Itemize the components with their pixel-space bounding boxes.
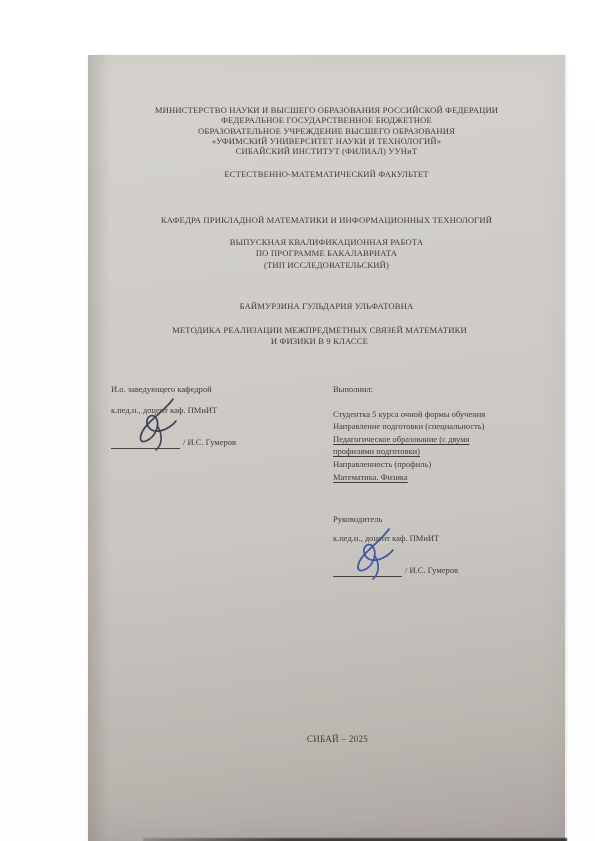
- thesis-title-line-2: И ФИЗИКИ В 9 КЛАССЕ: [74, 336, 565, 347]
- supervisor-signature-row: / И.С. Гумеров: [333, 564, 548, 577]
- page-content: МИНИСТЕРСТВО НАУКИ И ВЫСШЕГО ОБРАЗОВАНИЯ…: [88, 55, 565, 841]
- performer-block: Выполнил: Студентка 5 курса очной формы …: [333, 383, 548, 483]
- supervisor-block: Руководитель к.пед.н., доцент каф. ПМиИТ…: [333, 513, 548, 577]
- work-type-block: ВЫПУСКНАЯ КВАЛИФИКАЦИОННАЯ РАБОТА ПО ПРО…: [88, 237, 565, 271]
- institute-name: СИБАЙСКИЙ ИНСТИТУТ (ФИЛИАЛ) УУНиТ: [88, 146, 565, 156]
- approval-signer-name: / И.С. Гумеров: [183, 436, 236, 449]
- ministry-header: МИНИСТЕРСТВО НАУКИ И ВЫСШЕГО ОБРАЗОВАНИЯ…: [88, 105, 565, 156]
- approval-degree: к.пед.н., доцент каф. ПМиИТ: [111, 404, 316, 417]
- institution-line-1: ФЕДЕРАЛЬНОЕ ГОСУДАРСТВЕННОЕ БЮДЖЕТНОЕ: [88, 115, 565, 125]
- supervisor-label: Руководитель: [333, 513, 548, 526]
- performer-direction-label: Направление подготовки (специальность): [333, 420, 548, 433]
- university-name: «УФИМСКИЙ УНИВЕРСИТЕТ НАУКИ И ТЕХНОЛОГИЙ…: [88, 136, 565, 146]
- performer-student: Студентка 5 курса очной формы обучения: [333, 408, 548, 421]
- approval-block: И.о. заведующего кафедрой к.пед.н., доце…: [111, 383, 316, 449]
- department-name: КАФЕДРА ПРИКЛАДНОЙ МАТЕМАТИКИ И ИНФОРМАЦ…: [88, 215, 565, 225]
- spacer: [333, 396, 548, 408]
- work-type-line-2: ПО ПРОГРАММЕ БАКАЛАВРИАТА: [88, 248, 565, 259]
- institution-line-2: ОБРАЗОВАТЕЛЬНОЕ УЧРЕЖДЕНИЕ ВЫСШЕГО ОБРАЗ…: [88, 126, 565, 136]
- approval-signature-row: / И.С. Гумеров: [111, 436, 316, 449]
- thesis-title-page: МИНИСТЕРСТВО НАУКИ И ВЫСШЕГО ОБРАЗОВАНИЯ…: [88, 55, 565, 841]
- ministry-line: МИНИСТЕРСТВО НАУКИ И ВЫСШЕГО ОБРАЗОВАНИЯ…: [88, 105, 565, 115]
- performer-label: Выполнил:: [333, 383, 548, 396]
- author-name: БАЙМУРЗИНА ГУЛЬДАРИЯ УЛЬФАТОВНА: [88, 301, 565, 311]
- performer-profile-value: Математика. Физика: [333, 471, 548, 484]
- document-photo: МИНИСТЕРСТВО НАУКИ И ВЫСШЕГО ОБРАЗОВАНИЯ…: [0, 0, 595, 841]
- city-year: СИБАЙ – 2025: [110, 734, 565, 744]
- supervisor-signer-name: / И.С. Гумеров: [405, 564, 458, 577]
- work-type-line-3: (ТИП ИССЛЕДОВАТЕЛЬСКИЙ): [88, 260, 565, 271]
- performer-profile-label: Направленность (профиль): [333, 458, 548, 471]
- approval-signature-line: [111, 438, 180, 449]
- faculty-name: ЕСТЕСТВЕННО-МАТЕМАТИЧЕСКИЙ ФАКУЛЬТЕТ: [88, 169, 565, 179]
- thesis-title: МЕТОДИКА РЕАЛИЗАЦИИ МЕЖПРЕДМЕТНЫХ СВЯЗЕЙ…: [74, 325, 565, 348]
- work-type-line-1: ВЫПУСКНАЯ КВАЛИФИКАЦИОННАЯ РАБОТА: [88, 237, 565, 248]
- approval-role: И.о. заведующего кафедрой: [111, 383, 316, 396]
- supervisor-signature-line: [333, 566, 402, 577]
- thesis-title-line-1: МЕТОДИКА РЕАЛИЗАЦИИ МЕЖПРЕДМЕТНЫХ СВЯЗЕЙ…: [74, 325, 565, 336]
- supervisor-degree: к.пед.н., доцент каф. ПМиИТ: [333, 532, 548, 545]
- performer-direction-value-1: Педагогическое образование (с двумя: [333, 433, 548, 446]
- performer-direction-value-2: профилями подготовки): [333, 445, 548, 458]
